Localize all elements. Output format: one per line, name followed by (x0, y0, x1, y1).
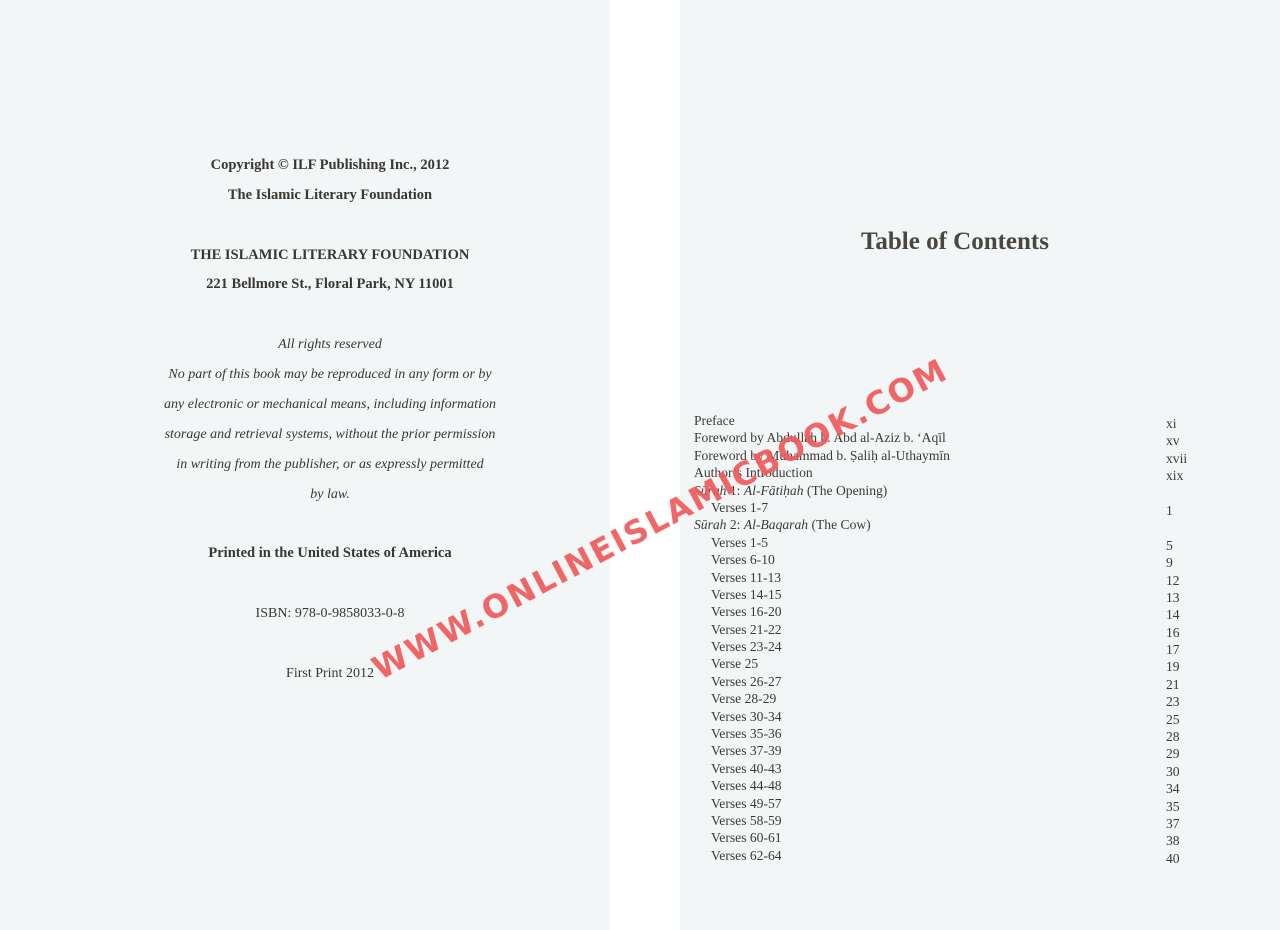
toc-entry: Verses 44-4834 (694, 777, 1194, 794)
toc-entry: Verses 21-2216 (694, 621, 1194, 638)
toc-entry-label: Verses 11-13 (711, 569, 781, 586)
toc-entry: Verses 16-2014 (694, 603, 1194, 620)
toc-entry: Verses 62-6440 (694, 847, 1194, 864)
toc-entry-label: Foreword by Abdullah b. Abd al-Aziz b. ‘… (694, 429, 946, 446)
toc-entry-label: Verses 26-27 (711, 673, 782, 690)
toc-entry: Author’s Introductionxix (694, 464, 1194, 481)
foundation-name: The Islamic Literary Foundation (0, 187, 660, 204)
toc-entry-label: Sūrah 2: Al-Baqarah (The Cow) (694, 516, 871, 533)
toc-entry: Verses 35-3628 (694, 725, 1194, 742)
toc-entry: Verse 2519 (694, 655, 1194, 672)
publisher-address: 221 Bellmore St., Floral Park, NY 11001 (0, 276, 660, 293)
toc-entry: Verses 11-1312 (694, 569, 1194, 586)
toc-entry-page: 40 (1166, 850, 1180, 867)
toc-entry: Foreword by Abdullah b. Abd al-Aziz b. ‘… (694, 429, 1194, 446)
toc-entry: Verses 60-6138 (694, 829, 1194, 846)
rights-line: by law. (0, 487, 660, 503)
rights-line: any electronic or mechanical means, incl… (0, 397, 660, 413)
toc-entry: Verses 40-4330 (694, 760, 1194, 777)
toc-entry-label: Verses 35-36 (711, 725, 782, 742)
toc-entry-label: Verses 16-20 (711, 603, 782, 620)
publisher-name: THE ISLAMIC LITERARY FOUNDATION (0, 247, 660, 264)
toc-entry: Verses 6-109 (694, 551, 1194, 568)
page-title: Table of Contents (680, 228, 1230, 256)
toc-entry-label: Verses 49-57 (711, 795, 782, 812)
toc-entry: Verses 14-1513 (694, 586, 1194, 603)
toc-entry-label: Foreword by Muhammad b. Ṣaliḥ al-Uthaymī… (694, 447, 950, 464)
toc-entry: Verses 26-2721 (694, 673, 1194, 690)
toc-entry: Verses 49-5735 (694, 795, 1194, 812)
toc-entry-label: Verses 58-59 (711, 812, 782, 829)
toc-entry-label: Preface (694, 412, 735, 429)
toc-entry-label: Verses 6-10 (711, 551, 775, 568)
toc-list: PrefacexiForeword by Abdullah b. Abd al-… (694, 412, 1194, 864)
toc-entry: Verses 23-2417 (694, 638, 1194, 655)
toc-entry-label: Verses 60-61 (711, 829, 782, 846)
toc-entry-label: Verse 25 (711, 655, 758, 672)
toc-entry-label: Sūrah 1: Al-Fātiḥah (The Opening) (694, 482, 887, 499)
toc-entry-label: Author’s Introduction (694, 464, 813, 481)
toc-entry: Verses 1-71 (694, 499, 1194, 516)
toc-entry-label: Verses 14-15 (711, 586, 782, 603)
rights-line: All rights reserved (0, 337, 660, 353)
toc-entry-label: Verses 37-39 (711, 742, 782, 759)
table-of-contents-page: Table of Contents PrefacexiForeword by A… (680, 0, 1280, 930)
toc-entry-label: Verses 62-64 (711, 847, 782, 864)
toc-entry-label: Verses 21-22 (711, 621, 782, 638)
rights-line: storage and retrieval systems, without t… (0, 427, 660, 443)
printed-in: Printed in the United States of America (0, 545, 660, 562)
toc-entry: Verses 58-5937 (694, 812, 1194, 829)
toc-entry-label: Verse 28-29 (711, 690, 776, 707)
toc-entry-label: Verses 40-43 (711, 760, 782, 777)
copyright-page: Copyright © ILF Publishing Inc., 2012 Th… (0, 0, 610, 930)
toc-entry-label: Verses 1-5 (711, 534, 768, 551)
rights-line: No part of this book may be reproduced i… (0, 367, 660, 383)
toc-entry-label: Verses 44-48 (711, 777, 782, 794)
copyright-notice: Copyright © ILF Publishing Inc., 2012 (0, 157, 660, 174)
toc-entry: Sūrah 2: Al-Baqarah (The Cow) (694, 516, 1194, 533)
isbn: ISBN: 978-0-9858033-0-8 (0, 606, 660, 622)
first-print: First Print 2012 (0, 666, 660, 682)
toc-entry: Verses 30-3425 (694, 708, 1194, 725)
toc-entry: Sūrah 1: Al-Fātiḥah (The Opening) (694, 482, 1194, 499)
toc-entry: Verses 37-3929 (694, 742, 1194, 759)
toc-entry-label: Verses 23-24 (711, 638, 782, 655)
toc-entry: Prefacexi (694, 412, 1194, 429)
rights-line: in writing from the publisher, or as exp… (0, 457, 660, 473)
toc-entry-label: Verses 1-7 (711, 499, 768, 516)
toc-entry: Verses 1-55 (694, 534, 1194, 551)
toc-entry: Foreword by Muhammad b. Ṣaliḥ al-Uthaymī… (694, 447, 1194, 464)
toc-entry-label: Verses 30-34 (711, 708, 782, 725)
toc-entry: Verse 28-2923 (694, 690, 1194, 707)
